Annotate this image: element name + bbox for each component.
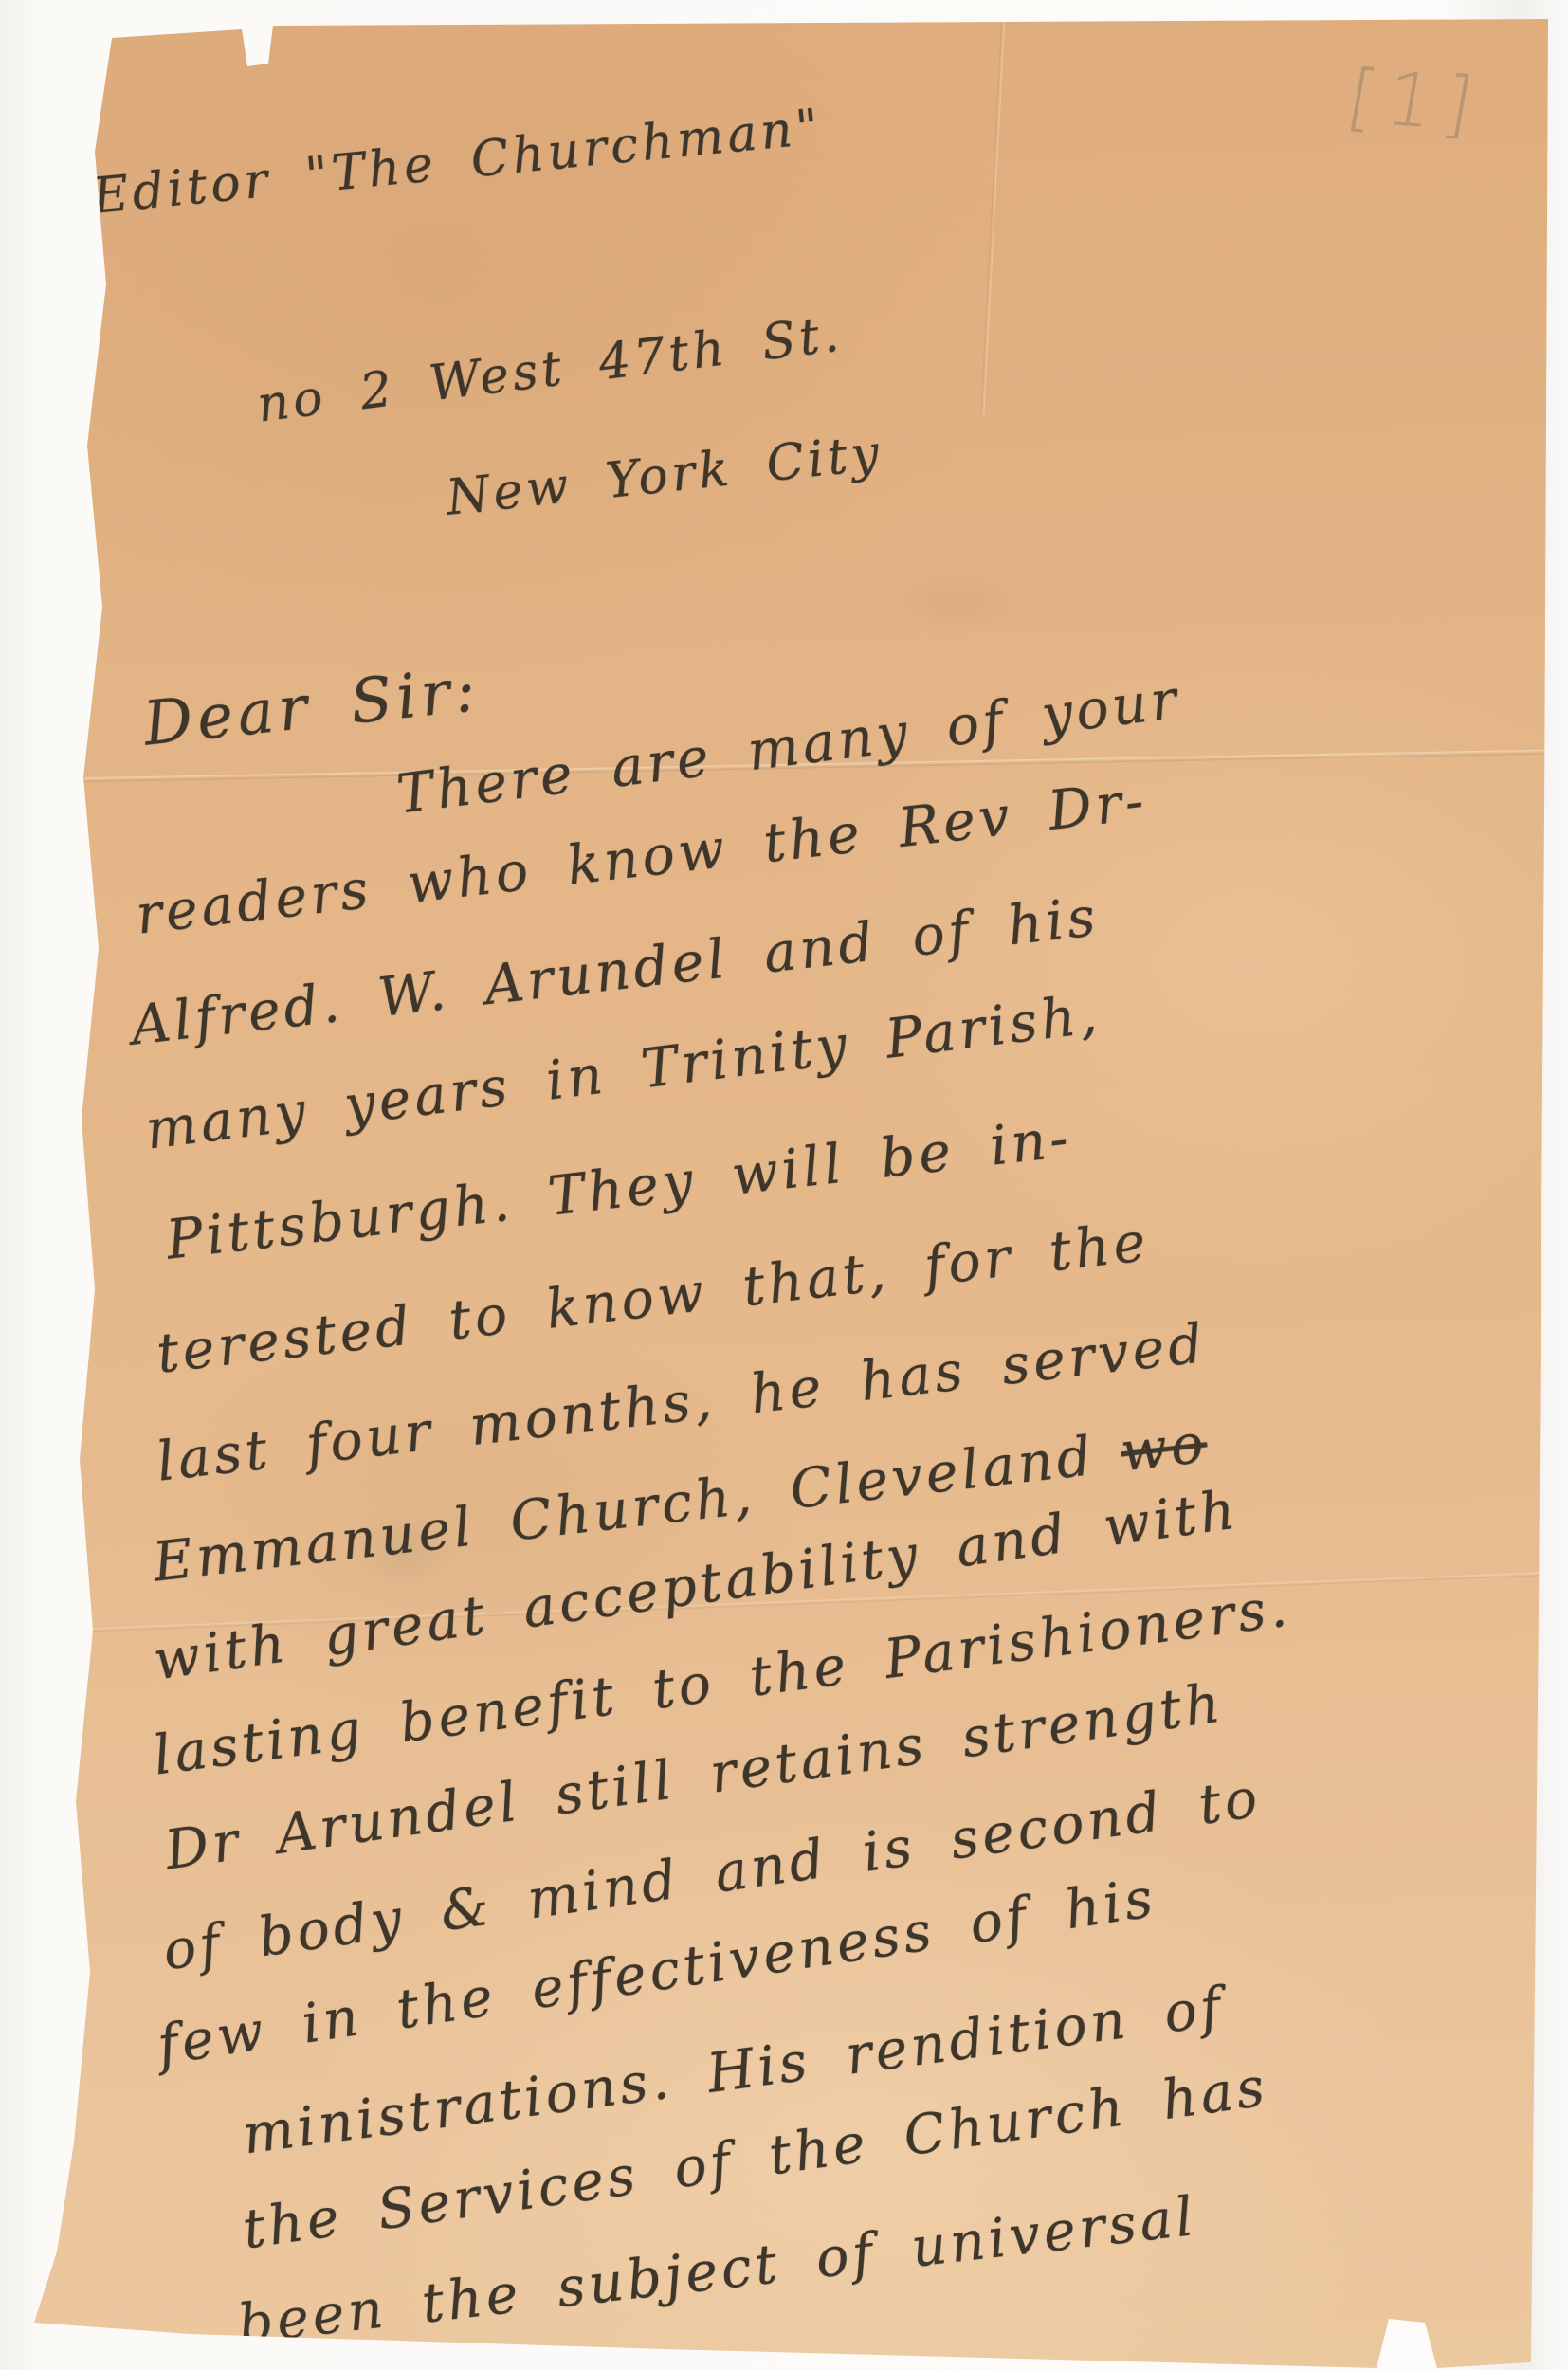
page-number-pencil-mark: [1] — [1340, 55, 1488, 149]
salutation: Dear Sir: — [140, 655, 483, 760]
recipient-line-editor: Editor "The Churchman" — [90, 99, 825, 226]
recipient-line-city: New York City — [444, 425, 885, 527]
scan-background: [1] Editor "The Churchman" no 2 West 47t… — [0, 0, 1568, 2370]
struck-out-word: wo — [1118, 1412, 1211, 1484]
vertical-fold-crease — [980, 0, 1007, 417]
recipient-line-street: no 2 West 47th St. — [254, 305, 846, 433]
paper-stain — [882, 569, 1033, 635]
letter-paper: [1] Editor "The Churchman" no 2 West 47t… — [0, 0, 1568, 2370]
